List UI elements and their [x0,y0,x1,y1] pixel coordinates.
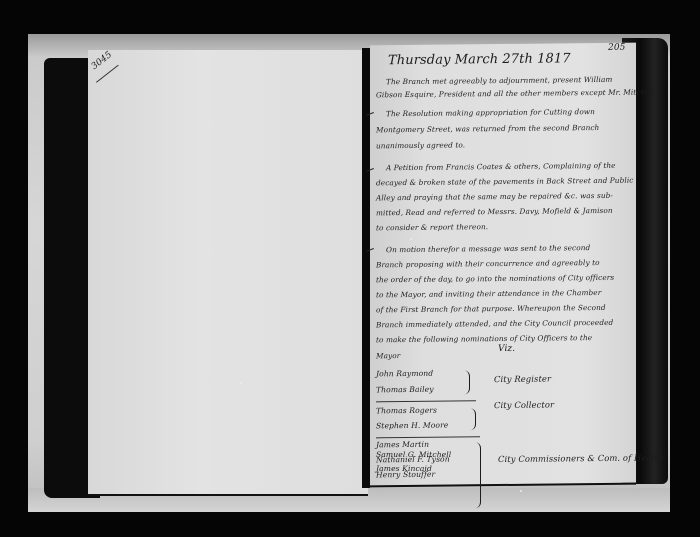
text-line: to the Mayor, and inviting their attenda… [376,288,601,299]
nominee-name: Stephen H. Moore [376,421,448,431]
text-line: On motion therefor a message was sent to… [386,243,590,254]
brace [474,442,481,508]
film-speck [520,490,522,492]
text-line: The Branch met agreeably to adjournment,… [386,75,612,86]
text-line: Branch immediately attended, and the Cit… [376,318,613,329]
office-title: City Commissioners & Com. of Health [498,452,663,464]
text-line: Branch proposing with their concurrence … [376,258,600,269]
viz-marker: Viz. [498,344,515,354]
text-line: unanimously agreed to. [376,140,465,150]
nominee-name: John Raymond [376,369,433,379]
text-line: Montgomery Street, was returned from the… [376,123,599,134]
brace [464,370,470,394]
text-line: Alley and praying that the same may be r… [376,191,613,202]
text-line: of the First Branch for that purpose. Wh… [376,303,606,314]
nominee-name: Thomas Bailey [376,385,434,395]
text-line: to consider & report thereon. [376,222,488,232]
divider-rule [376,436,480,438]
office-title: City Register [494,373,551,384]
film-speck [240,382,242,384]
nominee-name: James Kincaid [376,464,432,473]
brace [470,408,476,430]
office-title: City Collector [494,399,554,410]
page-number: 205 [608,43,625,53]
nominee-name: Samuel G. Mitchell [376,450,451,459]
right-page: 205 Thursday March 27th 1817 The Branch … [370,43,636,488]
nominee-name: Thomas Rogers [376,406,437,416]
text-line: Mayor [376,351,400,360]
text-line: to make the following nominations of Cit… [376,333,592,344]
text-line: A Petition from Francis Coates & others,… [386,161,616,172]
divider-rule [376,400,476,402]
left-page [88,50,368,496]
text-line: the order of the day, to go into the nom… [376,273,614,284]
text-line: Gibson Esquire, President and all the ot… [376,87,655,99]
text-line: decayed & broken state of the pavements … [376,176,633,188]
film-speck [410,238,412,240]
text-line: mitted, Read and referred to Messrs. Dav… [376,206,613,217]
text-line: The Resolution making appropriation for … [386,107,595,118]
nominee-name: James Martin [376,440,429,450]
date-heading: Thursday March 27th 1817 [388,51,571,68]
